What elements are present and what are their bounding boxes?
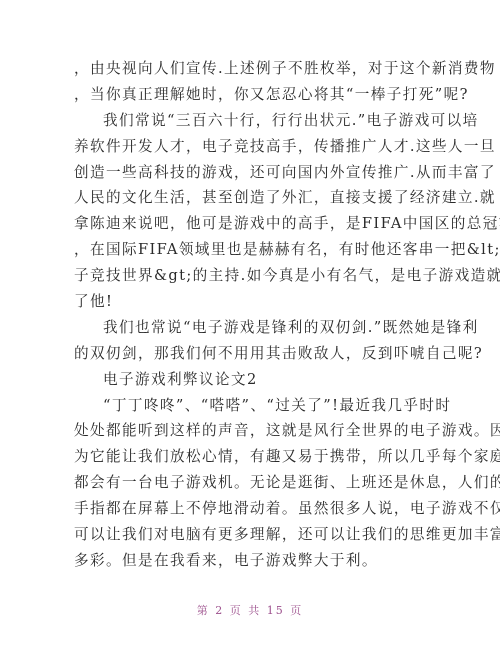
- text-line: ，由央视向人们宣传.上述例子不胜枚举，对于这个新消费物: [74, 56, 436, 82]
- text-line: ，当你真正理解她时，你又怎忍心将其“一棒子打死”呢?: [74, 82, 436, 108]
- section-heading: 电子游戏利弊议论文2: [74, 367, 436, 393]
- text-line: 为它能让我们放松心情，有趣又易于携带，所以几乎每个家庭: [74, 444, 436, 470]
- text-line: 了他!: [74, 289, 436, 315]
- text-line: 处处都能听到这样的声音，这就是风行全世界的电子游戏。因: [74, 418, 436, 444]
- text-line: “丁丁咚咚”、“嗒嗒”、“过关了”!最近我几乎时时: [74, 393, 436, 419]
- text-line: 拿陈迪来说吧，他可是游戏中的高手，是FIFA中国区的总冠军: [74, 211, 436, 237]
- text-line: 我们常说“三百六十行，行行出状元.”电子游戏可以培: [74, 108, 436, 134]
- text-line: 的双仞剑，那我们何不用用其击败敌人，反到吓唬自己呢?: [74, 341, 436, 367]
- text-line: 子竞技世界&gt;的主持.如今真是小有名气，是电子游戏造就: [74, 263, 436, 289]
- text-line: 人民的文化生活，甚至创造了外汇，直接支援了经济建立.就: [74, 185, 436, 211]
- text-line: ，在国际FIFA领域里也是赫赫有名，有时他还客串一把&lt;电: [74, 237, 436, 263]
- text-line: 手指都在屏幕上不停地滑动着。虽然很多人说，电子游戏不仅: [74, 496, 436, 522]
- text-line: 多彩。但是在我看来，电子游戏弊大于利。: [74, 548, 436, 574]
- text-line: 创造一些高科技的游戏，还可向国内外宣传推广.从而丰富了: [74, 160, 436, 186]
- text-line: 养软件开发人才，电子竞技高手，传播推广人才.这些人一旦: [74, 134, 436, 160]
- text-line: 我们也常说“电子游戏是锋利的双仞剑.”既然她是锋利: [74, 315, 436, 341]
- text-line: 都会有一台电子游戏机。无论是逛街、上班还是休息，人们的: [74, 470, 436, 496]
- text-line: 可以让我们对电脑有更多理解，还可以让我们的思维更加丰富: [74, 522, 436, 548]
- page-number-footer: 第 2 页 共 15 页: [0, 602, 500, 618]
- document-body: ，由央视向人们宣传.上述例子不胜枚举，对于这个新消费物 ，当你真正理解她时，你又…: [74, 56, 436, 574]
